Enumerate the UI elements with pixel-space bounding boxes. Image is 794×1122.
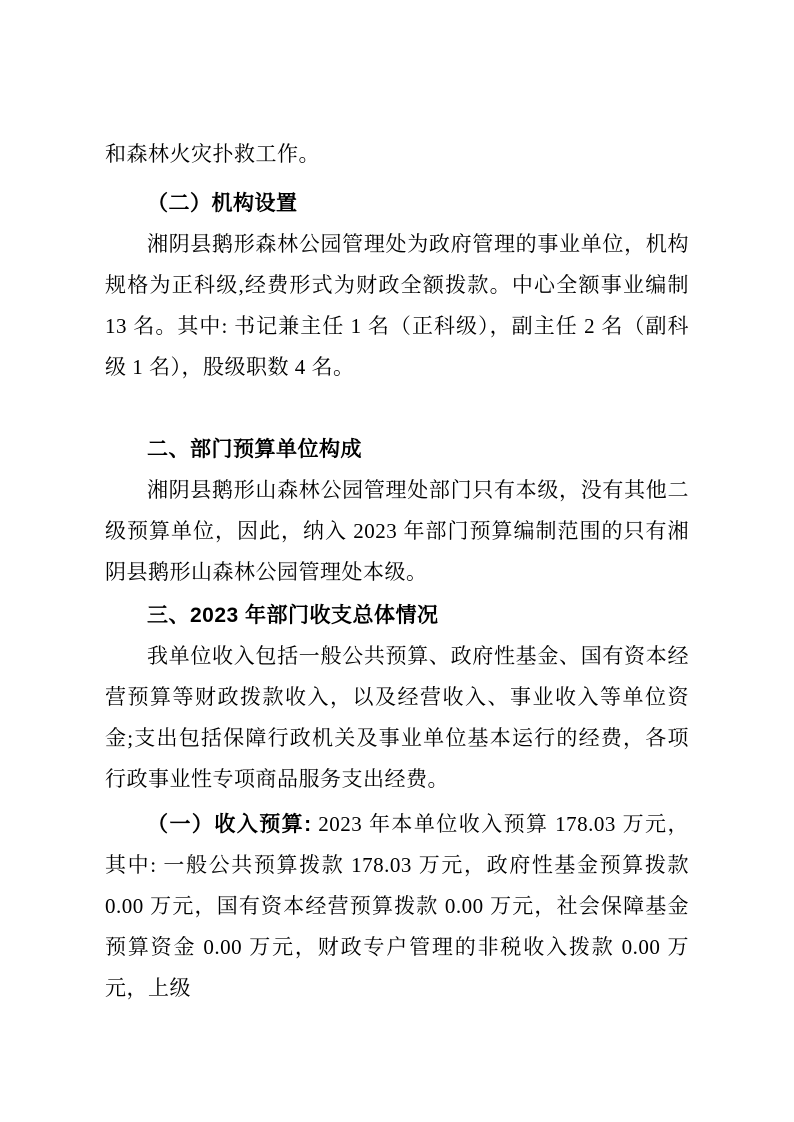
income-budget-lead: （一）收入预算: <box>147 813 312 836</box>
income-budget-paragraph: （一）收入预算: 2023 年本单位收入预算 178.03 万元，其中: 一般公… <box>105 804 689 1009</box>
org-setup-heading: （二）机构设置 <box>105 183 689 224</box>
continuation-paragraph: 和森林火灾扑救工作。 <box>105 134 689 175</box>
section3-paragraph: 我单位收入包括一般公共预算、政府性基金、国有资本经营预算等财政拨款收入，以及经营… <box>105 636 689 800</box>
income-budget-text: 2023 年本单位收入预算 178.03 万元，其中: 一般公共预算拨款 178… <box>105 812 689 1000</box>
org-setup-paragraph: 湘阴县鹅形森林公园管理处为政府管理的事业单位，机构规格为正科级,经费形式为财政全… <box>105 224 689 388</box>
section3-heading: 三、2023 年部门收支总体情况 <box>105 595 689 636</box>
section2-heading: 二、部门预算单位构成 <box>105 429 689 470</box>
document-page: 和森林火灾扑救工作。 （二）机构设置 湘阴县鹅形森林公园管理处为政府管理的事业单… <box>0 0 794 1122</box>
page-content: 和森林火灾扑救工作。 （二）机构设置 湘阴县鹅形森林公园管理处为政府管理的事业单… <box>105 134 689 1009</box>
section2-paragraph: 湘阴县鹅形山森林公园管理处部门只有本级，没有其他二级预算单位，因此，纳入 202… <box>105 470 689 593</box>
